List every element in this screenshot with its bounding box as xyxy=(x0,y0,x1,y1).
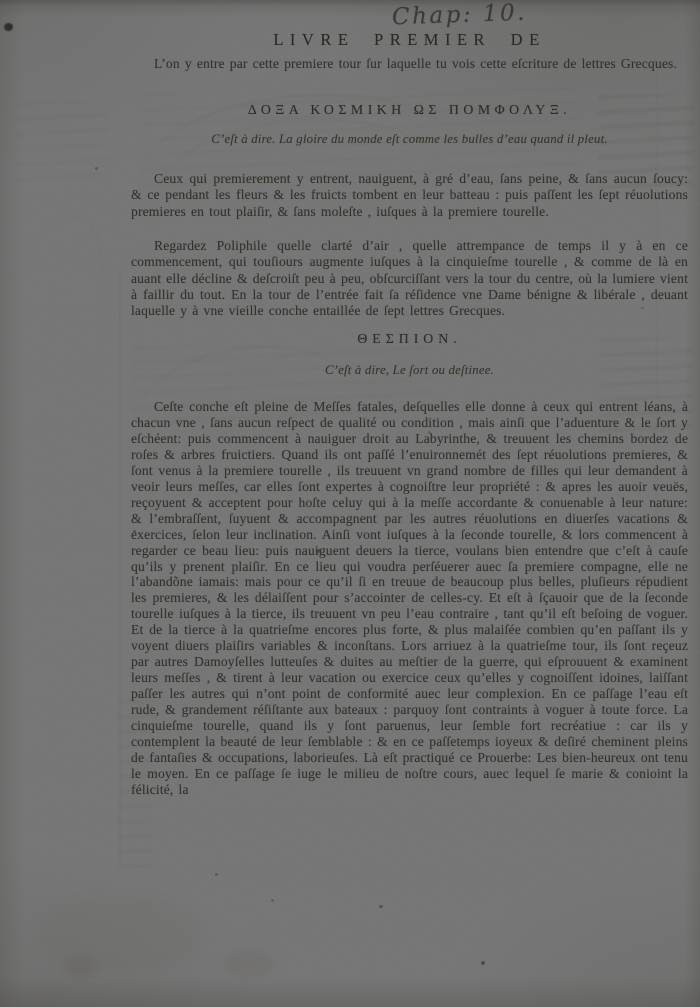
paragraph-regardez-poliphile: Regardez Poliphile quelle clarté d’air ,… xyxy=(131,238,688,319)
bleedthrough-rule xyxy=(119,275,121,865)
ink-spot xyxy=(379,905,383,908)
bleedthrough-arc xyxy=(135,81,460,181)
ink-spot xyxy=(4,23,13,31)
bleedthrough-text xyxy=(16,101,108,181)
book-title-heading: LIVRE PREMIER DE xyxy=(131,30,688,50)
paragraph-entry-voyage: Ceux qui premierement y entrent, nauigue… xyxy=(131,171,688,220)
ink-spot xyxy=(95,167,98,170)
stain-smudge xyxy=(64,956,96,978)
chapter-annotation-handwritten: Chap: 10. xyxy=(392,0,528,30)
greek-word-translation-italic: C’eſt à dire, Le ſort ou deſtinee. xyxy=(131,363,688,378)
greek-word-heading: ΘΕΣΠΙΟΝ. xyxy=(131,331,688,347)
intro-paragraph: L’on y entre par cette premiere tour ſur… xyxy=(131,56,688,72)
paragraph-conche-fatale: Ceſte conche eſt pleine de Meſſes fatale… xyxy=(131,399,688,798)
stain-smudge xyxy=(226,950,274,978)
ink-spot xyxy=(481,961,485,965)
ink-spot xyxy=(215,873,218,876)
ink-spot xyxy=(271,899,274,902)
bleedthrough-arc xyxy=(0,196,151,547)
book-page-scan: Chap: 10. LIVRE PREMIER DE L’on y entre … xyxy=(0,0,700,1007)
greek-motto-heading: ΔΟΞΑ ΚΟΣΜΙΚΗ ΩΣ ΠΟΜΦΟΛΥΞ. xyxy=(131,102,688,118)
motto-translation-italic: C’eſt à dire. La gloire du monde eſt com… xyxy=(131,132,688,147)
stain-smudge xyxy=(40,898,200,970)
